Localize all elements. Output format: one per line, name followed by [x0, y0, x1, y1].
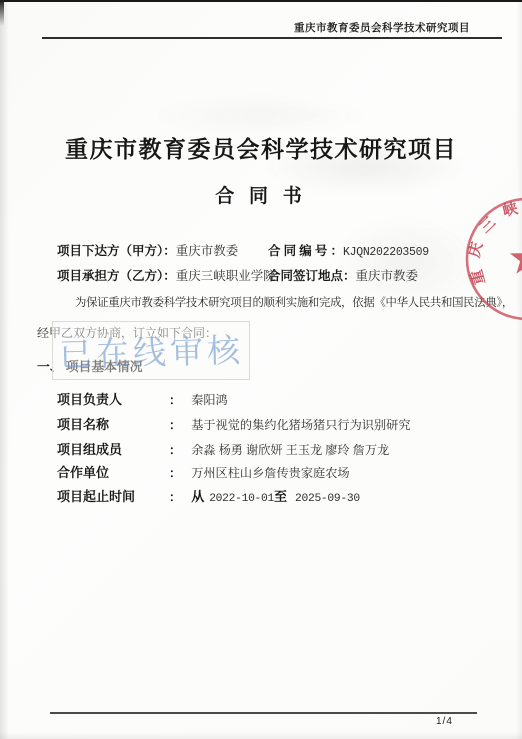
running-header: 重庆市教育委员会科学技术研究项目	[294, 20, 470, 35]
field-colon: ：	[169, 416, 181, 433]
party-a-label: 项目下达方（甲方）：	[57, 244, 176, 258]
bleedthrough-smudge	[150, 95, 370, 135]
header-rule	[42, 37, 502, 39]
document-subtitle: 合 同 书	[0, 181, 522, 208]
field-colon: ：	[169, 488, 181, 505]
field-row-project-leader: 项目负责人：秦阳鸿	[57, 389, 497, 408]
field-label: 项目负责人	[57, 389, 169, 408]
field-label: 项目名称	[57, 414, 169, 433]
contract-no-value: KJQN202203509	[343, 246, 429, 259]
contract-info-row: 项目下达方（甲方）：重庆市教委 合 同 编 号 ：KJQN202203509	[57, 241, 497, 259]
preamble-line: 经甲乙双方协商，订立如下合同：	[37, 324, 217, 341]
contract-info-row: 项目承担方（乙方）：重庆三峡职业学院 合同签订地点：重庆市教委	[57, 266, 497, 284]
scan-edge-artifact	[0, 732, 522, 739]
field-row-project-name: 项目名称：基于视觉的集约化猪场猪只行为识别研究	[57, 414, 497, 433]
preamble-line: 为保证重庆市教委科学技术研究项目的顺利实施和完成，依据《中华人民共和国民法典》，	[37, 294, 522, 310]
field-value: 基于视觉的集约化猪场猪只行为识别研究	[191, 416, 410, 433]
field-colon: ：	[169, 464, 181, 481]
document-page: 重庆市教育委员会科学技术研究项目 重庆市教育委员会科学技术研究项目 合 同 书 …	[0, 0, 522, 739]
sign-place-value: 重庆市教委	[356, 269, 419, 283]
footer-rule	[50, 712, 477, 714]
party-b-label: 项目承担方（乙方）：	[57, 269, 176, 283]
party-b-value: 重庆三峡职业学院	[176, 269, 276, 283]
field-value: 秦阳鸿	[191, 391, 228, 408]
scan-edge-artifact	[516, 0, 522, 739]
period-end-date: 2025-09-30	[295, 493, 360, 505]
field-label: 项目起止时间	[57, 486, 169, 505]
field-label: 合作单位	[57, 462, 169, 481]
field-colon: ：	[169, 391, 181, 408]
contract-no-label: 合 同 编 号 ：	[268, 244, 343, 258]
field-row-project-period: 项目起止时间：从2022-10-01至2025-09-30	[57, 486, 497, 505]
document-title: 重庆市教育委员会科学技术研究项目	[0, 131, 522, 164]
field-row-project-members: 项目组成员：余淼 杨勇 谢欣妍 王玉龙 廖玲 詹万龙	[57, 439, 497, 458]
field-colon: ：	[169, 441, 181, 458]
section-heading: 一、 项目基本情况	[37, 356, 143, 375]
official-seal: 重庆三峡职业学院	[449, 189, 522, 339]
period-start-date: 2022-10-01	[209, 493, 274, 505]
field-row-partner-unit: 合作单位：万州区柱山乡詹传贵家庭农场	[57, 462, 497, 481]
field-value: 万州区柱山乡詹传贵家庭农场	[191, 464, 349, 481]
field-label: 项目组成员	[57, 439, 169, 458]
scan-edge-artifact	[0, 0, 522, 2]
period-from-label: 从	[191, 486, 204, 505]
page-number: 1/4	[436, 716, 453, 727]
field-value: 余淼 杨勇 谢欣妍 王玉龙 廖玲 詹万龙	[191, 441, 389, 458]
period-to-label: 至	[274, 486, 287, 505]
scan-edge-artifact	[0, 0, 9, 739]
sign-place-label: 合同签订地点：	[268, 269, 356, 283]
party-a-value: 重庆市教委	[176, 244, 239, 258]
